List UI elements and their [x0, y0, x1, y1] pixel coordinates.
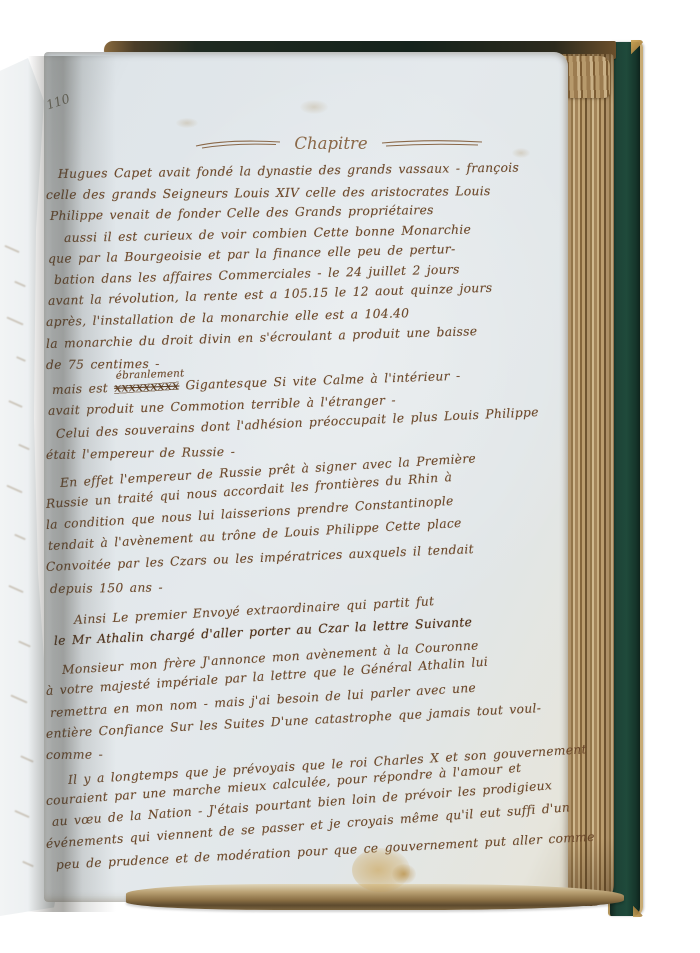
correction-prefix: mais est: [52, 381, 109, 397]
showthrough-mark: [22, 861, 34, 868]
showthrough-mark: [8, 400, 23, 408]
photo-canvas: 110 Chapitre Hugues Capet avait fondé la…: [0, 0, 700, 953]
showthrough-mark: [10, 694, 27, 703]
showthrough-mark: [18, 444, 30, 451]
page-number: 110: [44, 91, 71, 113]
page-bottom-edge: [126, 884, 624, 910]
manuscript-text-block: Hugues Capet avait fondé la dynastie des…: [46, 164, 566, 876]
correction-wrap: xxxxxxxxx ébranlement: [114, 375, 180, 398]
showthrough-mark: [6, 316, 23, 325]
correction-above: ébranlement: [115, 363, 184, 387]
flourish-right-icon: [380, 138, 484, 150]
showthrough-mark: [4, 245, 19, 253]
showthrough-mark: [16, 356, 26, 362]
showthrough-mark: [20, 755, 34, 763]
showthrough-mark: [14, 281, 26, 288]
chapter-header: Chapitre: [164, 134, 514, 153]
flourish-left-icon: [194, 138, 282, 150]
manuscript-page: 110 Chapitre Hugues Capet avait fondé la…: [44, 52, 568, 902]
showthrough-mark: [14, 810, 29, 818]
chapter-title: Chapitre: [294, 134, 367, 153]
showthrough-mark: [6, 485, 22, 494]
showthrough-mark: [8, 585, 23, 593]
showthrough-mark: [18, 640, 31, 647]
showthrough-mark: [14, 534, 26, 541]
